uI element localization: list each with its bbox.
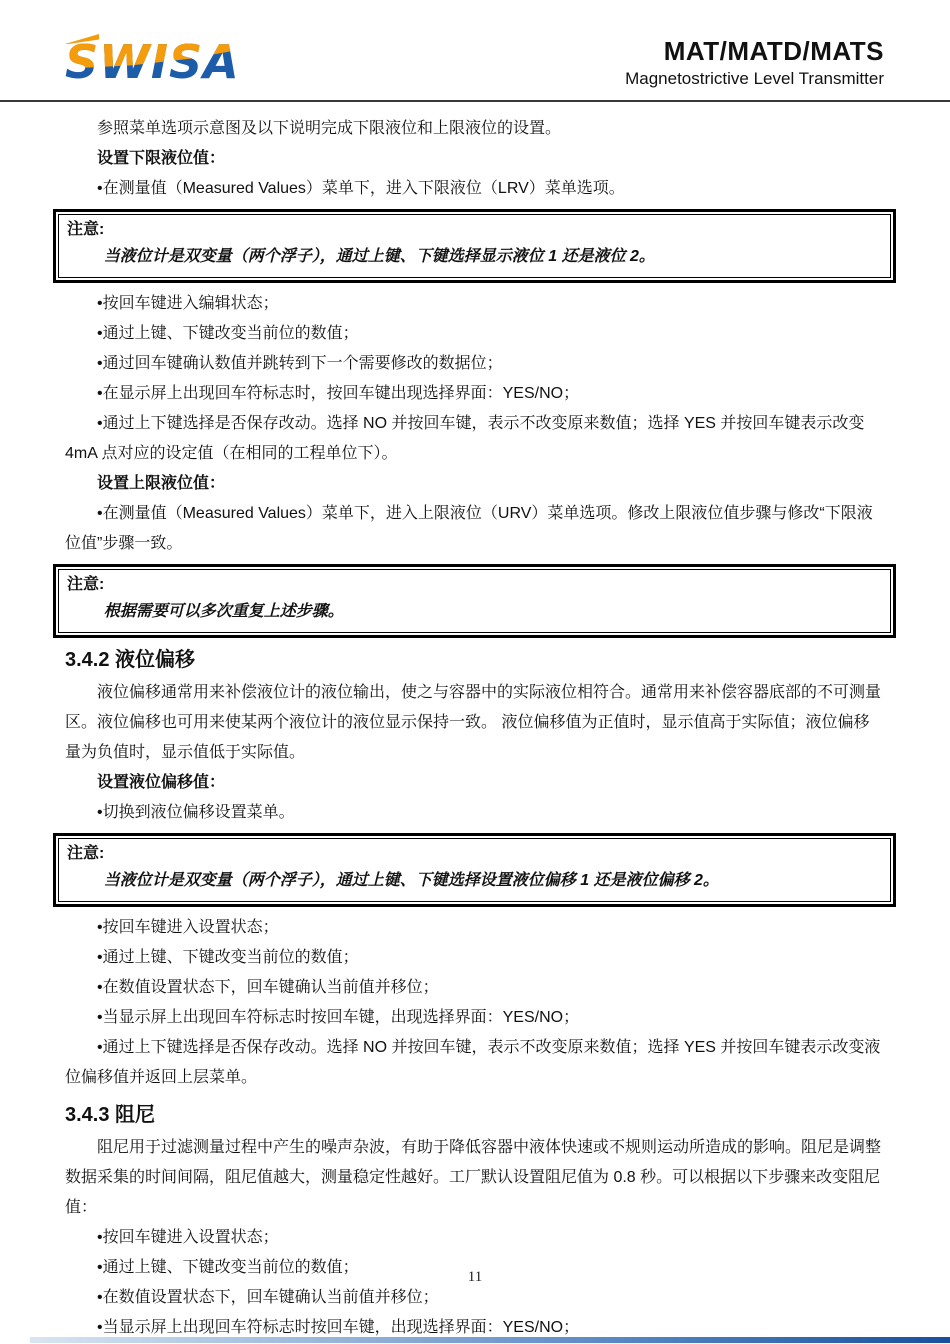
note-3-text: 当液位计是双变量（两个浮子），通过上键、下键选择设置液位偏移 1 还是液位偏移 …: [67, 867, 880, 895]
lrv-step: •在测量值（Measured Values）菜单下，进入下限液位（LRV）菜单选…: [65, 174, 884, 204]
offset-heading: 设置液位偏移值：: [65, 768, 884, 798]
lrv-step-item: •通过回车键确认数值并跳转到下一个需要修改的数据位；: [65, 349, 884, 379]
section-3-4-2-heading: 3.4.2 液位偏移: [65, 645, 884, 675]
note-box-1-inner: 注意: 当液位计是双变量（两个浮子），通过上键、下键选择显示液位 1 还是液位 …: [58, 214, 891, 278]
lrv-heading: 设置下限液位值：: [65, 144, 884, 174]
footer-accent-bar: [30, 1337, 950, 1343]
note-box-1: 注意: 当液位计是双变量（两个浮子），通过上键、下键选择显示液位 1 还是液位 …: [53, 209, 896, 283]
note-box-2: 注意: 根据需要可以多次重复上述步骤。: [53, 564, 896, 638]
note-2-text: 根据需要可以多次重复上述步骤。: [67, 598, 880, 626]
document-body: 参照菜单选项示意图及以下说明完成下限液位和上限液位的设置。 设置下限液位值： •…: [0, 102, 950, 1343]
lrv-step-item: •通过上下键选择是否保存改动。选择 NO 并按回车键，表示不改变原来数值；选择 …: [65, 409, 884, 469]
page-number: 11: [0, 1269, 950, 1286]
note-box-3-inner: 注意: 当液位计是双变量（两个浮子），通过上键、下键选择设置液位偏移 1 还是液…: [58, 838, 891, 902]
note-1-label: 注意:: [67, 217, 880, 243]
section-3-4-3-heading: 3.4.3 阻尼: [65, 1100, 884, 1130]
offset-step-item: •在数值设置状态下，回车键确认当前值并移位；: [65, 973, 884, 1003]
product-subtitle: Magnetostrictive Level Transmitter: [625, 68, 884, 90]
swisa-logo: SWISA SWISA: [65, 34, 255, 90]
intro-paragraph: 参照菜单选项示意图及以下说明完成下限液位和上限液位的设置。: [65, 114, 884, 144]
header-titles: MAT/MATD/MATS Magnetostrictive Level Tra…: [625, 36, 884, 90]
section-3-4-3-paragraph: 阻尼用于过滤测量过程中产生的噪声杂波，有助于降低容器中液体快速或不规则运动所造成…: [65, 1133, 884, 1223]
offset-step-item: •通过上键、下键改变当前位的数值；: [65, 943, 884, 973]
damping-step-item: •按回车键进入设置状态；: [65, 1223, 884, 1253]
section-3-4-2-paragraph: 液位偏移通常用来补偿液位计的液位输出，使之与容器中的实际液位相符合。通常用来补偿…: [65, 678, 884, 768]
offset-step: •切换到液位偏移设置菜单。: [65, 798, 884, 828]
page-header: SWISA SWISA MAT/MATD/MATS Magnetostricti…: [0, 0, 950, 102]
note-2-label: 注意:: [67, 572, 880, 598]
note-box-3: 注意: 当液位计是双变量（两个浮子），通过上键、下键选择设置液位偏移 1 还是液…: [53, 833, 896, 907]
offset-step-item: •通过上下键选择是否保存改动。选择 NO 并按回车键，表示不改变原来数值；选择 …: [65, 1033, 884, 1093]
damping-step-item: •在数值设置状态下，回车键确认当前值并移位；: [65, 1283, 884, 1313]
note-box-2-inner: 注意: 根据需要可以多次重复上述步骤。: [58, 569, 891, 633]
lrv-step-item: •在显示屏上出现回车符标志时，按回车键出现选择界面：YES/NO；: [65, 379, 884, 409]
offset-step-item: •按回车键进入设置状态；: [65, 913, 884, 943]
lrv-step-item: •通过上键、下键改变当前位的数值；: [65, 319, 884, 349]
manual-page: SWISA SWISA MAT/MATD/MATS Magnetostricti…: [0, 0, 950, 1344]
lrv-step-item: •按回车键进入编辑状态；: [65, 289, 884, 319]
offset-step-item: •当显示屏上出现回车符标志时按回车键，出现选择界面：YES/NO；: [65, 1003, 884, 1033]
note-1-text: 当液位计是双变量（两个浮子），通过上键、下键选择显示液位 1 还是液位 2。: [67, 243, 880, 271]
note-3-label: 注意:: [67, 841, 880, 867]
urv-step: •在测量值（Measured Values）菜单下，进入上限液位（URV）菜单选…: [65, 499, 884, 559]
product-title: MAT/MATD/MATS: [625, 36, 884, 66]
urv-heading: 设置上限液位值：: [65, 469, 884, 499]
